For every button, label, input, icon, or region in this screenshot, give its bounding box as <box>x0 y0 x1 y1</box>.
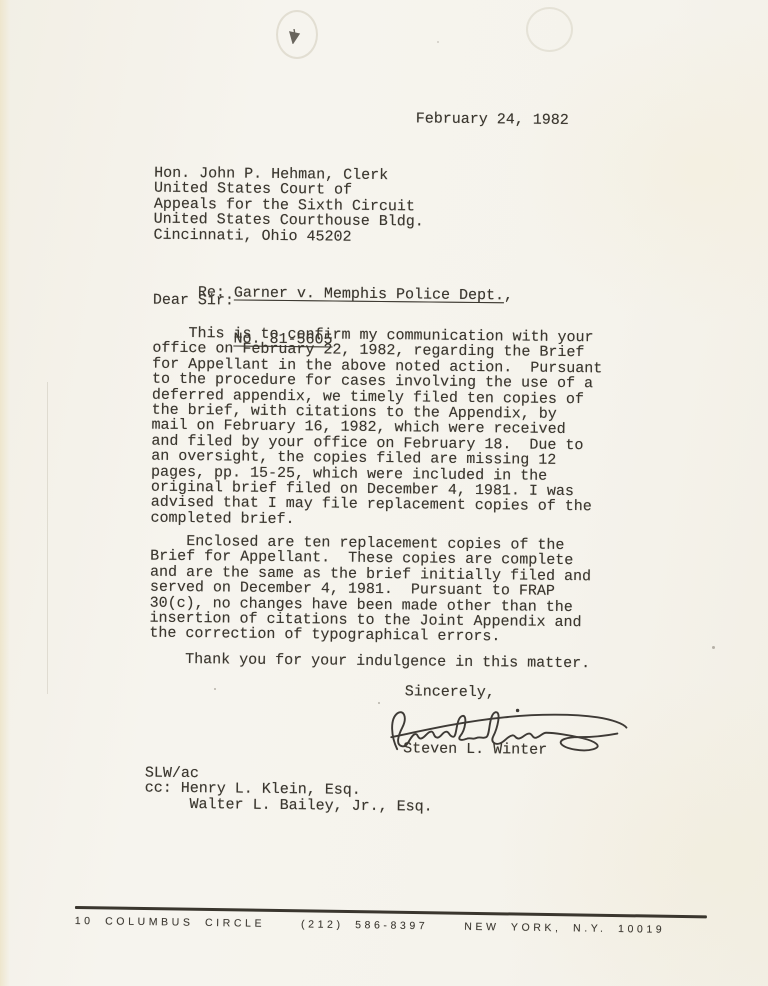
closing-salutation: Sincerely, <box>405 684 495 700</box>
case-name: Garner v. Memphis Police Dept. <box>234 284 504 304</box>
footer-phone-number: (212) 586-8397 <box>301 918 428 932</box>
letter-date: February 24, 1982 <box>416 111 569 128</box>
letter-line: Thank you for your indulgence in this ma… <box>149 652 590 672</box>
reference-and-cc-block: SLW/accc: Henry L. Klein, Esq. Walter L.… <box>145 766 434 815</box>
scanned-letter-page: February 24, 1982 Hon. John P. Hehman, C… <box>0 0 768 986</box>
salutation: Dear Sir: <box>153 293 234 309</box>
signer-typed-name: Steven L. Winter <box>403 741 547 758</box>
body-paragraph-1: This is to confirm my communication with… <box>151 326 603 531</box>
body-paragraph-2: Enclosed are ten replacement copies of t… <box>149 534 591 646</box>
recipient-address: Hon. John P. Hehman, ClerkUnited States … <box>153 166 424 246</box>
body-paragraph-3: Thank you for your indulgence in this ma… <box>149 652 590 672</box>
letter-content: February 24, 1982 Hon. John P. Hehman, C… <box>0 0 768 986</box>
case-suffix: , <box>504 287 513 304</box>
letter-line: Walter L. Bailey, Jr., Esq. <box>145 796 433 814</box>
